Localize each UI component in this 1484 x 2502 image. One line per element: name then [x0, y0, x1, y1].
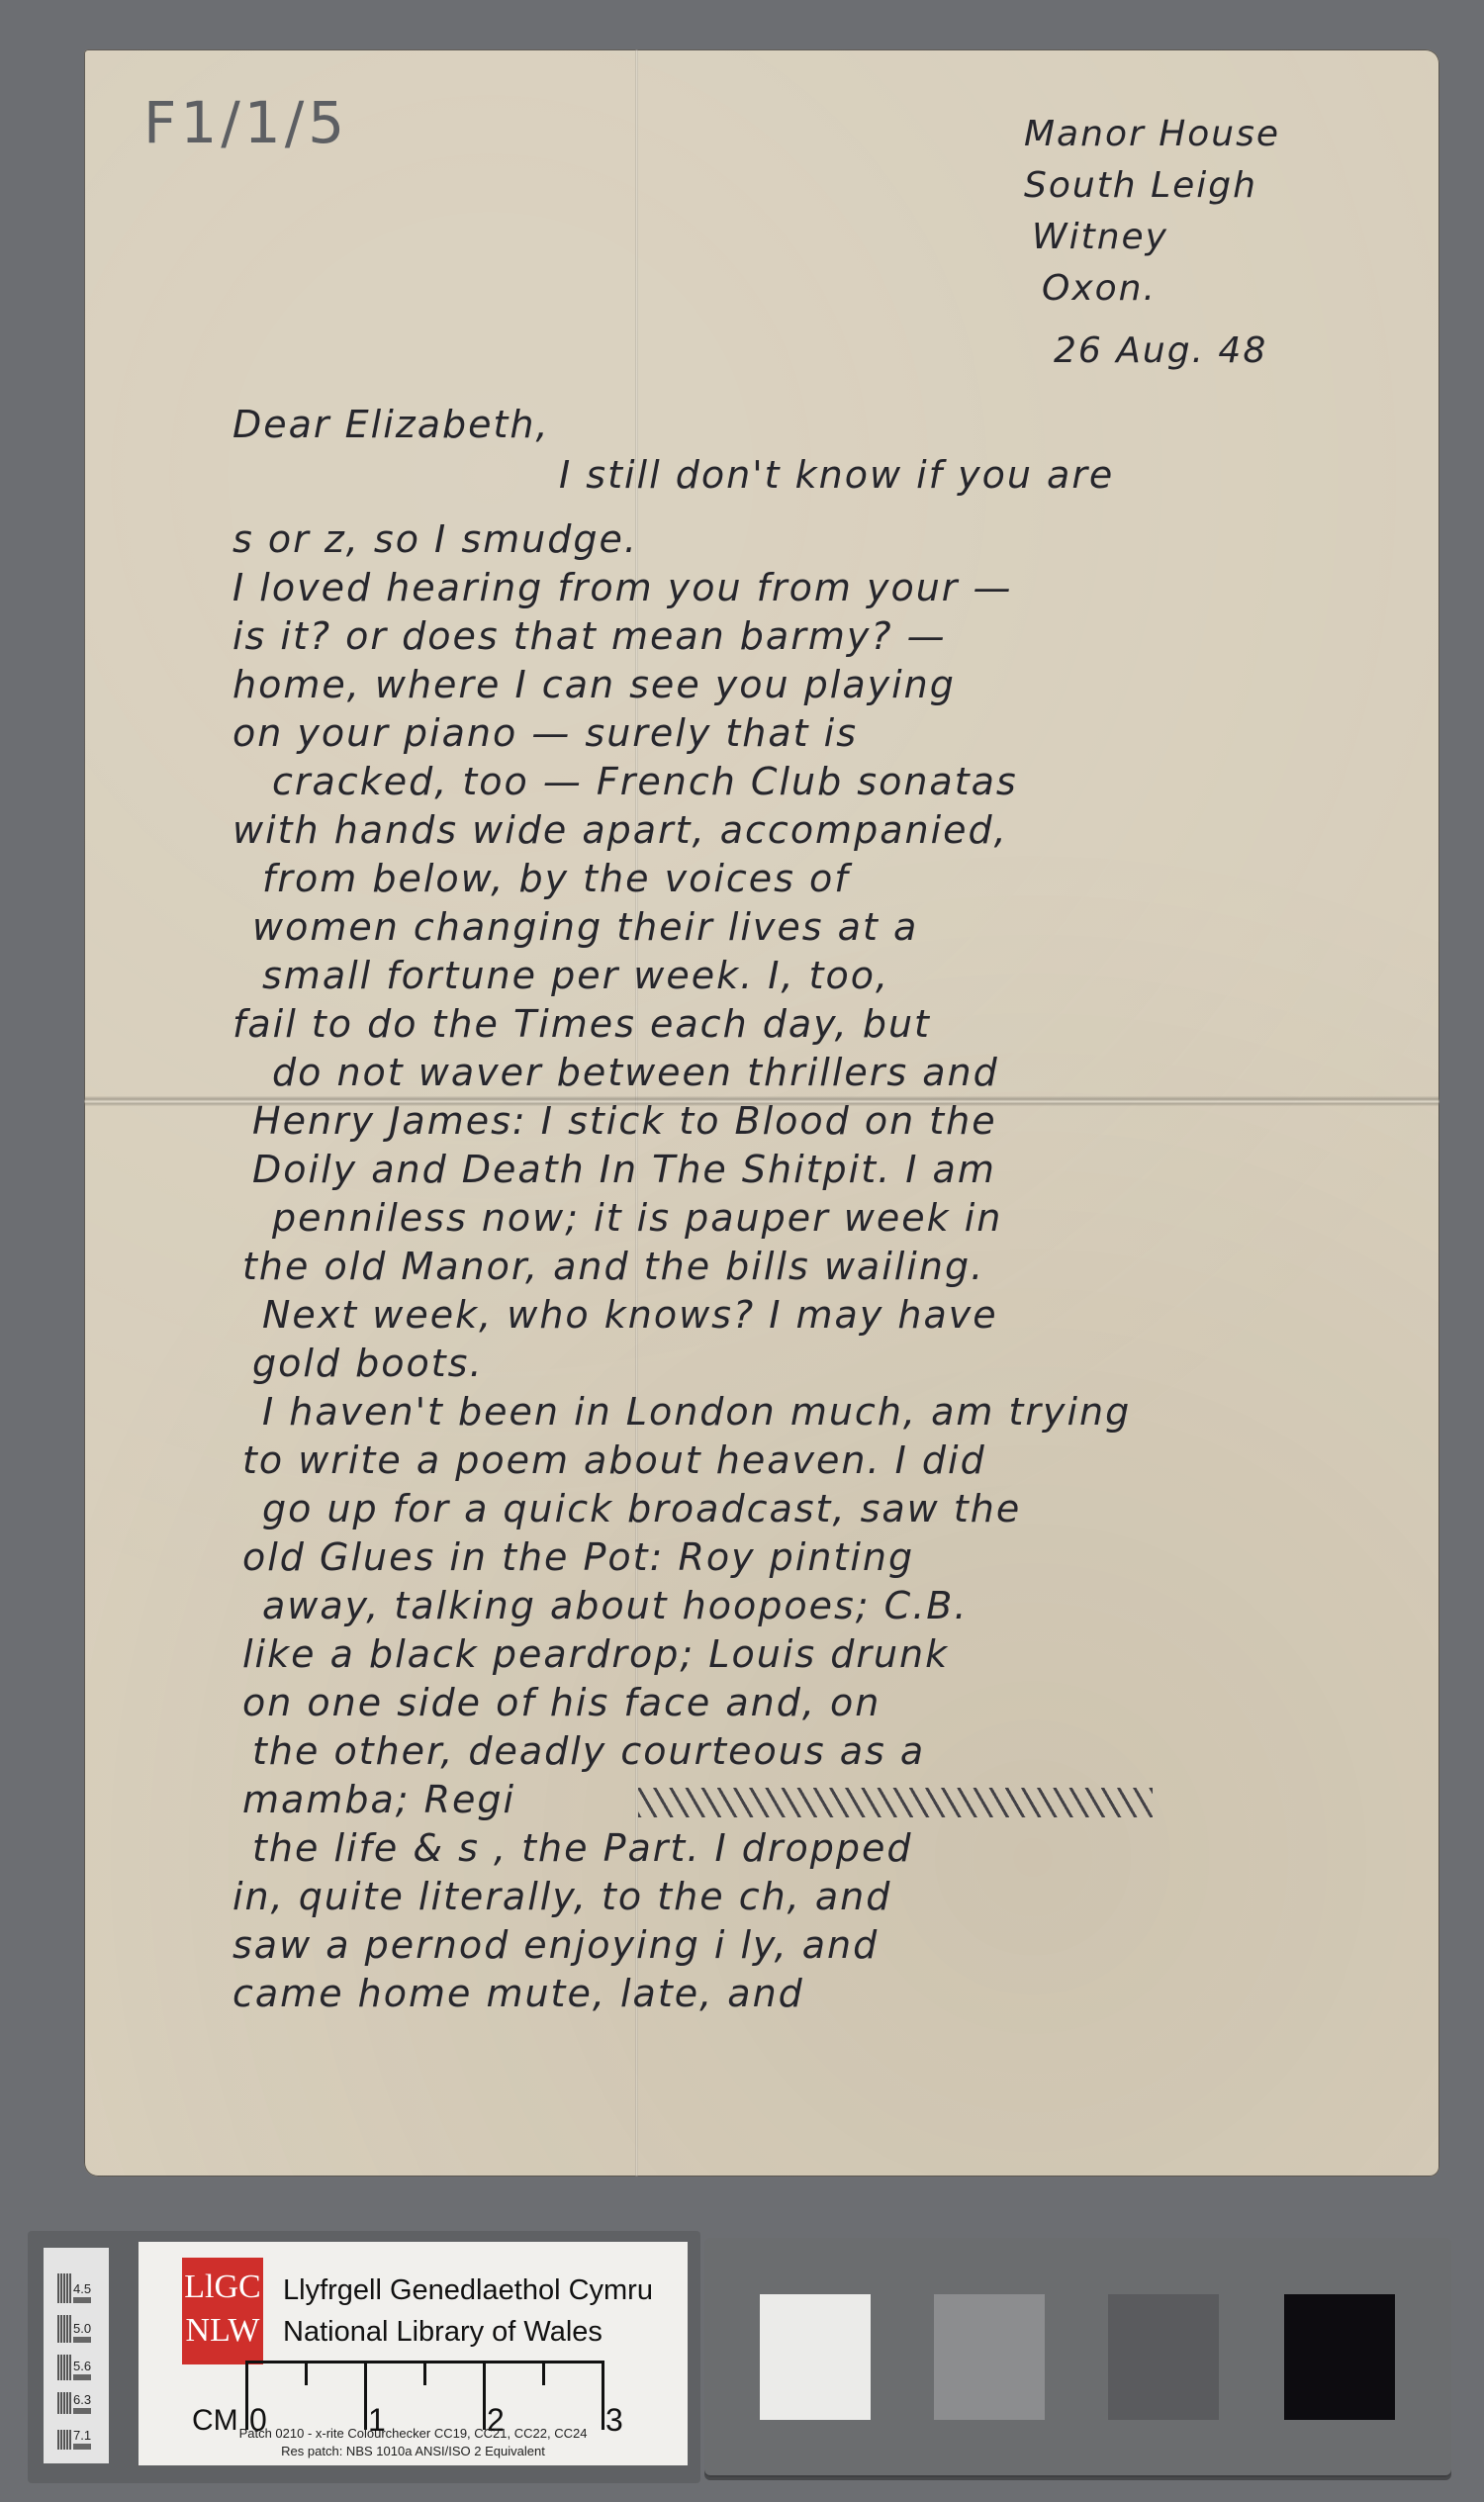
- body-line: women changing their lives at a: [232, 903, 1469, 952]
- body-line: fail to do the Times each day, but: [232, 1000, 1469, 1049]
- body-line: cracked, too — French Club sonatas: [232, 758, 1469, 806]
- color-chip-light-gray: [934, 2294, 1045, 2420]
- body-line: the other, deadly courteous as a: [232, 1727, 1469, 1776]
- patch-note: Patch 0210 - x-rite Colourchecker CC19, …: [139, 2426, 688, 2441]
- institution-name-english: National Library of Wales: [283, 2311, 653, 2353]
- crossed-out-text: [638, 1788, 1153, 1817]
- body-line: to write a poem about heaven. I did: [232, 1436, 1469, 1485]
- color-chip-black: [1284, 2294, 1395, 2420]
- body-line: saw a pernod enjoying i ly, and: [232, 1921, 1469, 1970]
- grayscale-color-chips: [704, 2238, 1451, 2477]
- resolution-item: 5.0: [57, 2315, 91, 2343]
- body-line: I loved hearing from you from your —: [232, 564, 1469, 612]
- body-text: mamba; Regi: [242, 1778, 515, 1821]
- body-line: on your piano — surely that is: [232, 709, 1469, 758]
- institution-name-welsh: Llyfrgell Genedlaethol Cymru: [283, 2270, 653, 2311]
- body-line: s or z, so I smudge.: [232, 515, 1469, 564]
- resolution-item: 4.5: [57, 2273, 91, 2303]
- color-chip-dark-gray: [1108, 2294, 1219, 2420]
- salutation: Dear Elizabeth,: [232, 401, 1469, 449]
- address-line: Manor House: [1024, 109, 1280, 160]
- folio-reference: F1/1/5: [143, 89, 348, 156]
- body-line: with hands wide apart, accompanied,: [232, 806, 1469, 855]
- body-line: the life & s , the Part. I dropped: [232, 1824, 1469, 1873]
- body-line: away, talking about hoopoes; C.B.: [232, 1582, 1469, 1630]
- body-line: is it? or does that mean barmy? —: [232, 612, 1469, 661]
- body-line-with-strikethrough: mamba; Regi: [232, 1776, 1469, 1824]
- body-line: small fortune per week. I, too,: [232, 952, 1469, 1000]
- body-line: penniless now; it is pauper week in: [232, 1194, 1469, 1243]
- body-line: came home mute, late, and: [232, 1970, 1469, 2018]
- body-line: gold boots.: [232, 1340, 1469, 1388]
- nlw-logo: LlGC NLW: [182, 2258, 263, 2364]
- body-line: on one side of his face and, on: [232, 1679, 1469, 1727]
- letter-date: 26 Aug. 48: [1024, 330, 1280, 371]
- address-line: Witney: [1024, 212, 1280, 263]
- resolution-item: 7.1: [57, 2428, 91, 2450]
- body-line: old Glues in the Pot: Roy pinting: [232, 1533, 1469, 1582]
- institution-label-card: LlGC NLW Llyfrgell Genedlaethol Cymru Na…: [139, 2242, 688, 2465]
- body-line: Doily and Death In The Shitpit. I am: [232, 1146, 1469, 1194]
- sender-address: Manor House South Leigh Witney Oxon. 26 …: [1024, 109, 1280, 371]
- body-line: like a black peardrop; Louis drunk: [232, 1630, 1469, 1679]
- institution-name: Llyfrgell Genedlaethol Cymru National Li…: [283, 2270, 653, 2353]
- body-line: Henry James: I stick to Blood on the: [232, 1097, 1469, 1146]
- address-line: South Leigh: [1024, 160, 1280, 212]
- body-line: go up for a quick broadcast, saw the: [232, 1485, 1469, 1533]
- body-line: home, where I can see you playing: [232, 661, 1469, 709]
- body-line: Next week, who knows? I may have: [232, 1291, 1469, 1340]
- resolution-item: 6.3: [57, 2392, 91, 2414]
- body-line: from below, by the voices of: [232, 855, 1469, 903]
- color-chip-white: [760, 2294, 871, 2420]
- address-line: Oxon.: [1024, 263, 1280, 315]
- resolution-item: 5.6: [57, 2355, 91, 2380]
- body-line: I haven't been in London much, am trying: [232, 1388, 1469, 1436]
- res-patch-note: Res patch: NBS 1010a ANSI/ISO 2 Equivale…: [139, 2444, 688, 2458]
- body-line: the old Manor, and the bills wailing.: [232, 1243, 1469, 1291]
- resolution-patch: 4.5 5.0 5.6 6.3 7.1: [44, 2248, 109, 2463]
- letter-page: F1/1/5 Manor House South Leigh Witney Ox…: [84, 49, 1439, 2177]
- letter-body: Dear Elizabeth, I still don't know if yo…: [232, 401, 1469, 2018]
- body-line: do not waver between thrillers and: [232, 1049, 1469, 1097]
- body-line: I still don't know if you are: [232, 451, 1469, 500]
- body-line: in, quite literally, to the ch, and: [232, 1873, 1469, 1921]
